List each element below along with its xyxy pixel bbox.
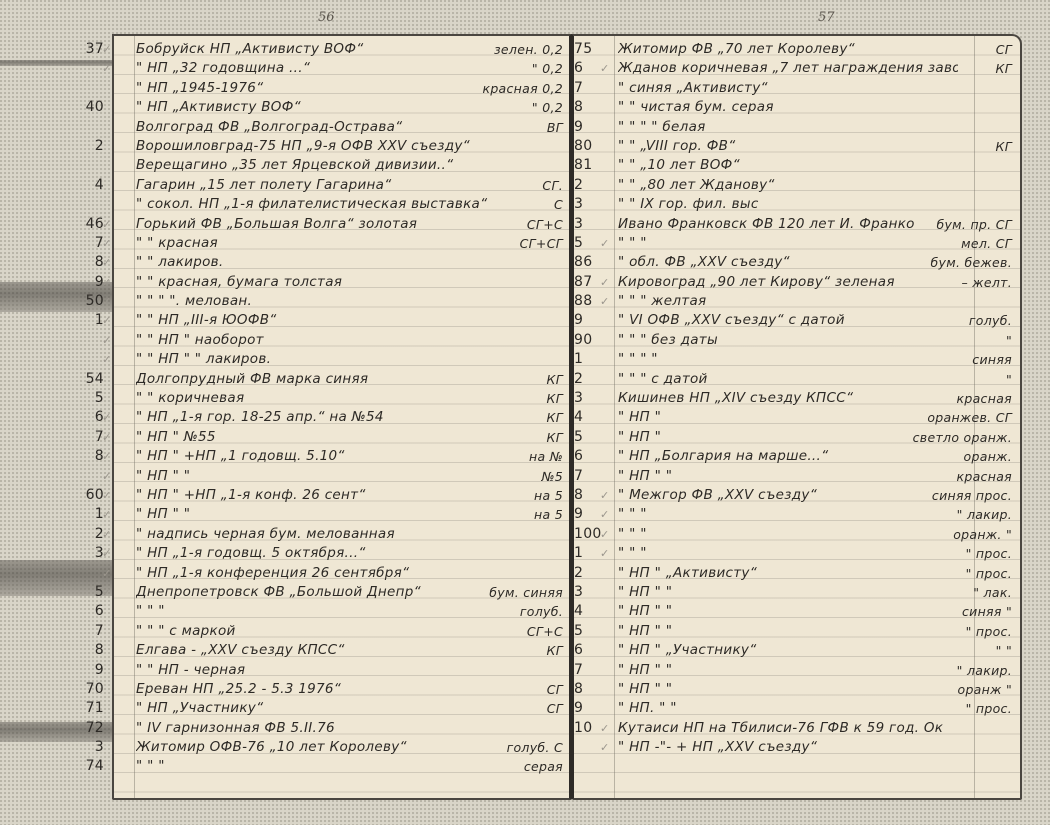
catalog-entry-row: 6✓" НП „1-я гор. 18-25 апр.“ на №54КГ <box>114 408 569 427</box>
left-page-number: 56 <box>318 10 335 25</box>
catalog-entry-row: 3Ивано Франковск ФВ 120 лет И. Франкобум… <box>574 215 1020 234</box>
entry-note: светло оранж. <box>913 428 1012 447</box>
check-mark-icon: ✓ <box>102 408 112 427</box>
catalog-entry-row: 4" НП "оранжев. СГ <box>574 408 1020 427</box>
entry-description: " " чистая бум. серая <box>618 98 958 117</box>
entry-description: " " IX гор. фил. выс <box>618 195 958 214</box>
check-mark-icon: ✓ <box>102 486 112 505</box>
entry-description: " обл. ФВ „XXV съезду“ <box>618 253 958 272</box>
catalog-entry-row: 3" НП " "" лак. <box>574 583 1020 602</box>
entry-number: 72 <box>70 719 104 738</box>
entry-description: Житомир ФВ „70 лет Королеву“ <box>618 40 958 59</box>
left-page-entries: 37✓Бобруйск НП „Активисту ВОФ“зелен. 0,2… <box>114 40 569 777</box>
check-mark-icon: ✓ <box>102 253 112 272</box>
check-mark-icon: ✓ <box>102 428 112 447</box>
entry-note: КГ <box>996 137 1012 156</box>
entry-number: 1 <box>574 350 604 369</box>
entry-description: " НП " <box>618 428 958 447</box>
entry-note: на № <box>529 447 563 466</box>
catalog-entry-row: 9" " НП - черная <box>114 661 569 680</box>
check-mark-icon: ✓ <box>600 525 610 544</box>
entry-number: 1 <box>70 505 104 524</box>
entry-number: 3 <box>70 738 104 757</box>
right-page-number: 57 <box>818 10 835 25</box>
right-page-entries: 75Житомир ФВ „70 лет Королеву“СГ6✓Жданов… <box>574 40 1020 757</box>
catalog-entry-row: 75Житомир ФВ „70 лет Королеву“СГ <box>574 40 1020 59</box>
entry-description: " НП „1-я гор. 18-25 апр.“ на №54 <box>136 408 499 427</box>
check-mark-icon: ✓ <box>102 292 112 311</box>
entry-note: С <box>554 195 563 214</box>
entry-note: СГ+С <box>527 622 563 641</box>
catalog-entry-row: 7✓" " краснаяСГ+СГ <box>114 234 569 253</box>
catalog-entry-row: 80" " „VIII гор. ФВ“КГ <box>574 137 1020 156</box>
catalog-entry-row: 8✓" НП " +НП „1 годовщ. 5.10“на № <box>114 447 569 466</box>
entry-description: Гагарин „15 лет полету Гагарина“ <box>136 176 499 195</box>
entry-description: Верещагино „35 лет Ярцевской дивизии..“ <box>136 156 499 175</box>
entry-description: " НП " " <box>618 622 958 641</box>
catalog-entry-row: 74" " "серая <box>114 757 569 776</box>
entry-note: оранж " <box>958 680 1013 699</box>
entry-note: СГ+СГ <box>520 234 563 253</box>
entry-number: 8 <box>574 680 604 699</box>
entry-description: Волгоград ФВ „Волгоград-Острава“ <box>136 118 499 137</box>
catalog-entry-row: 81" " „10 лет ВОФ“ <box>574 156 1020 175</box>
entry-number: 7 <box>574 467 604 486</box>
entry-description: " НП. " " <box>618 699 958 718</box>
catalog-entry-row: 7" синяя „Активисту“ <box>574 79 1020 98</box>
entry-number: 8 <box>70 641 104 660</box>
entry-description: " " " желтая <box>618 292 958 311</box>
entry-description: " надпись черная бум. мелованная <box>136 525 499 544</box>
check-mark-icon: ✓ <box>102 544 112 563</box>
entry-note: КГ <box>547 370 563 389</box>
entry-number: 54 <box>70 370 104 389</box>
check-mark-icon: ✓ <box>600 234 610 253</box>
entry-description: Кировоград „90 лет Кирову“ зеленая <box>618 273 958 292</box>
entry-number: 4 <box>574 602 604 621</box>
entry-number: 6 <box>574 447 604 466</box>
entry-description: " " " ". мелован. <box>136 292 499 311</box>
catalog-entry-row: 6" НП „Болгария на марше...“оранж. <box>574 447 1020 466</box>
entry-note: " 0,2 <box>532 98 563 117</box>
entry-note: СГ <box>547 699 563 718</box>
entry-number: 86 <box>574 253 604 272</box>
catalog-entry-row: 1✓" " НП „III-я ЮОФВ“ <box>114 311 569 330</box>
catalog-entry-row: 5✓Днепропетровск ФВ „Большой Днепр“бум. … <box>114 583 569 602</box>
entry-number: 46 <box>70 215 104 234</box>
entry-description: Жданов коричневая „7 лет награждения зав… <box>618 59 958 78</box>
entry-note: красная 0,2 <box>482 79 563 98</box>
entry-description: " НП " №55 <box>136 428 499 447</box>
entry-description: " " " без даты <box>618 331 958 350</box>
catalog-entry-row: 50✓" " " ". мелован. <box>114 292 569 311</box>
entry-note: синяя <box>972 350 1012 369</box>
entry-note: " прос. <box>966 544 1012 563</box>
entry-number: 60 <box>70 486 104 505</box>
entry-number: 50 <box>70 292 104 311</box>
entry-number: 71 <box>70 699 104 718</box>
entry-note: оранж. " <box>953 525 1012 544</box>
entry-note: на 5 <box>534 505 563 524</box>
entry-note: голуб. С <box>507 738 563 757</box>
entry-description: " " " " <box>618 350 958 369</box>
entry-description: " НП " „Активисту“ <box>618 564 958 583</box>
catalog-entry-row: 3Житомир ОФВ-76 „10 лет Королеву“голуб. … <box>114 738 569 757</box>
catalog-entry-row: Волгоград ФВ „Волгоград-Острава“ВГ <box>114 118 569 137</box>
check-mark-icon: ✓ <box>102 234 112 253</box>
catalog-entry-row: 2Ворошиловград-75 НП „9-я ОФВ XXV съезду… <box>114 137 569 156</box>
entry-number: 9 <box>70 661 104 680</box>
entry-note: СГ+С <box>527 215 563 234</box>
entry-note: КГ <box>547 389 563 408</box>
entry-number: 8 <box>70 447 104 466</box>
entry-note: оранжев. СГ <box>927 408 1012 427</box>
entry-note: СГ <box>996 40 1012 59</box>
entry-number: 2 <box>70 137 104 156</box>
check-mark-icon: ✓ <box>102 273 112 292</box>
entry-number: 3 <box>574 389 604 408</box>
catalog-entry-row: ✓" НП „1-я конференция 26 сентября“ <box>114 564 569 583</box>
entry-note: красная <box>957 389 1012 408</box>
entry-note: " " <box>996 641 1012 660</box>
entry-description: Кишинев НП „XIV съезду КПСС“ <box>618 389 958 408</box>
entry-number: 40 <box>70 98 104 117</box>
entry-number: 9 <box>574 311 604 330</box>
entry-number: 5 <box>574 622 604 641</box>
entry-description: " " " <box>136 757 499 776</box>
entry-description: " Межгор ФВ „XXV съезду“ <box>618 486 958 505</box>
entry-number: 2 <box>574 564 604 583</box>
catalog-entry-row: 8✓" Межгор ФВ „XXV съезду“синяя прос. <box>574 486 1020 505</box>
entry-description: " " „VIII гор. ФВ“ <box>618 137 958 156</box>
entry-number: 9 <box>70 273 104 292</box>
check-mark-icon: ✓ <box>102 525 112 544</box>
entry-description: " " " <box>618 544 958 563</box>
photo-shadow-band <box>0 60 112 66</box>
entry-number: 7 <box>70 622 104 641</box>
check-mark-icon: ✓ <box>600 719 610 738</box>
catalog-entry-row: 3" " IX гор. фил. выс <box>574 195 1020 214</box>
entry-note: " прос. <box>966 699 1012 718</box>
catalog-entry-row: 71" НП „Участнику“СГ <box>114 699 569 718</box>
entry-description: " " " <box>136 602 499 621</box>
entry-note: голуб. <box>969 311 1012 330</box>
catalog-entry-row: " сокол. НП „1-я филателистическая выста… <box>114 195 569 214</box>
entry-description: " " „10 лет ВОФ“ <box>618 156 958 175</box>
entry-description: " НП " +НП „1-я конф. 26 сент“ <box>136 486 499 505</box>
entry-number: 4 <box>70 176 104 195</box>
entry-description: " НП " " <box>618 680 958 699</box>
catalog-entry-row: ✓" НП -"- + НП „XXV съезду“ <box>574 738 1020 757</box>
entry-description: " НП " " <box>136 467 499 486</box>
catalog-entry-row: 7" НП " "" лакир. <box>574 661 1020 680</box>
catalog-entry-row: 46✓Горький ФВ „Большая Волга“ золотаяСГ+… <box>114 215 569 234</box>
catalog-entry-row: 6" " "голуб. <box>114 602 569 621</box>
catalog-entry-row: 2" НП " „Активисту“" прос. <box>574 564 1020 583</box>
catalog-entry-row: 6✓Жданов коричневая „7 лет награждения з… <box>574 59 1020 78</box>
entry-description: " " " с датой <box>618 370 958 389</box>
entry-description: " " " с маркой <box>136 622 499 641</box>
entry-number: 3 <box>70 544 104 563</box>
entry-description: " НП „1-я конференция 26 сентября“ <box>136 564 499 583</box>
entry-description: Кутаиси НП на Тбилиси-76 ГФВ к 59 год. О… <box>618 719 958 738</box>
entry-note: " прос. <box>966 622 1012 641</box>
catalog-entry-row: 9" VI ОФВ „XXV съезду“ с датойголуб. <box>574 311 1020 330</box>
check-mark-icon: ✓ <box>102 505 112 524</box>
catalog-entry-row: 7" НП " "красная <box>574 467 1020 486</box>
catalog-entry-row: 2" " „80 лет Жданову“ <box>574 176 1020 195</box>
catalog-entry-row: 2✓" надпись черная бум. мелованная <box>114 525 569 544</box>
catalog-entry-row: 9✓" " красная, бумага толстая <box>114 273 569 292</box>
entry-description: " " красная <box>136 234 499 253</box>
entry-description: " " НП „III-я ЮОФВ“ <box>136 311 499 330</box>
catalog-entry-row: 7✓" НП " №55КГ <box>114 428 569 447</box>
entry-description: " НП " +НП „1 годовщ. 5.10“ <box>136 447 499 466</box>
entry-number: 3 <box>574 195 604 214</box>
catalog-entry-row: 6" НП " „Участнику“" " <box>574 641 1020 660</box>
catalog-entry-row: 72" IV гарнизонная ФВ 5.II.76 <box>114 719 569 738</box>
entry-description: " НП „1-я годовщ. 5 октября...“ <box>136 544 499 563</box>
entry-note: красная <box>957 467 1012 486</box>
entry-number: 4 <box>574 408 604 427</box>
entry-number: 6 <box>70 602 104 621</box>
catalog-entry-row: 87✓Кировоград „90 лет Кирову“ зеленая– ж… <box>574 273 1020 292</box>
entry-note: голуб. <box>520 602 563 621</box>
catalog-entry-row: 7" " " с маркойСГ+С <box>114 622 569 641</box>
entry-description: " " НП " наоборот <box>136 331 499 350</box>
entry-number: 70 <box>70 680 104 699</box>
entry-number: 90 <box>574 331 604 350</box>
catalog-entry-row: ✓" " НП " " лакиров. <box>114 350 569 369</box>
entry-description: " НП „1945-1976“ <box>136 79 499 98</box>
entry-note: " лак. <box>973 583 1012 602</box>
entry-description: Горький ФВ „Большая Волга“ золотая <box>136 215 499 234</box>
check-mark-icon: ✓ <box>102 583 112 602</box>
catalog-entry-row: ✓" " НП " наоборот <box>114 331 569 350</box>
entry-number: 7 <box>70 234 104 253</box>
entry-number: 5 <box>70 389 104 408</box>
catalog-entry-row: 60✓" НП " +НП „1-я конф. 26 сент“на 5 <box>114 486 569 505</box>
entry-description: " НП „Активисту ВОФ“ <box>136 98 499 117</box>
catalog-entry-row: 2" " " с датой" <box>574 370 1020 389</box>
entry-description: " VI ОФВ „XXV съезду“ с датой <box>618 311 958 330</box>
entry-note: на 5 <box>534 486 563 505</box>
catalog-entry-row: " НП „1945-1976“красная 0,2 <box>114 79 569 98</box>
catalog-entry-row: 70Ереван НП „25.2 - 5.3 1976“СГ <box>114 680 569 699</box>
check-mark-icon: ✓ <box>600 486 610 505</box>
entry-note: КГ <box>547 641 563 660</box>
entry-number: 2 <box>574 176 604 195</box>
entry-description: " " " " белая <box>618 118 958 137</box>
entry-number: 80 <box>574 137 604 156</box>
catalog-entry-row: 9" " " " белая <box>574 118 1020 137</box>
check-mark-icon: ✓ <box>102 564 112 583</box>
catalog-entry-row: 88✓" " " желтая <box>574 292 1020 311</box>
entry-number: 8 <box>574 98 604 117</box>
catalog-entry-row: 1✓" " "" прос. <box>574 544 1020 563</box>
catalog-entry-row: 8" НП " "оранж " <box>574 680 1020 699</box>
catalog-entry-row: 8Елгава - „XXV съезду КПСС“КГ <box>114 641 569 660</box>
entry-note: бум. пр. СГ <box>936 215 1012 234</box>
entry-number: 7 <box>70 428 104 447</box>
catalog-entry-row: 8✓" " лакиров. <box>114 253 569 272</box>
entry-description: Бобруйск НП „Активисту ВОФ“ <box>136 40 499 59</box>
catalog-entry-row: 5✓" " "мел. СГ <box>574 234 1020 253</box>
entry-description: " " коричневая <box>136 389 499 408</box>
catalog-entry-row: 9" НП. " "" прос. <box>574 699 1020 718</box>
entry-note: оранж. <box>964 447 1012 466</box>
entry-note: СГ <box>547 680 563 699</box>
entry-note: №5 <box>541 467 563 486</box>
entry-note: синяя " <box>962 602 1012 621</box>
entry-note: КГ <box>996 59 1012 78</box>
entry-description: Елгава - „XXV съезду КПСС“ <box>136 641 499 660</box>
entry-description: " " " <box>618 234 958 253</box>
entry-number: 9 <box>574 118 604 137</box>
catalog-entry-row: 1✓" НП " "на 5 <box>114 505 569 524</box>
entry-note: КГ <box>547 428 563 447</box>
catalog-entry-row: 1" " " "синяя <box>574 350 1020 369</box>
catalog-entry-row: 10✓Кутаиси НП на Тбилиси-76 ГФВ к 59 год… <box>574 719 1020 738</box>
catalog-entry-row: 3Кишинев НП „XIV съезду КПСС“красная <box>574 389 1020 408</box>
notebook-left-page: 37✓Бобруйск НП „Активисту ВОФ“зелен. 0,2… <box>112 34 572 800</box>
entry-description: " НП " " <box>618 661 958 680</box>
entry-description: " " лакиров. <box>136 253 499 272</box>
check-mark-icon: ✓ <box>102 331 112 350</box>
check-mark-icon: ✓ <box>102 59 112 78</box>
entry-description: Ереван НП „25.2 - 5.3 1976“ <box>136 680 499 699</box>
check-mark-icon: ✓ <box>600 59 610 78</box>
catalog-entry-row: 5" " коричневаяКГ <box>114 389 569 408</box>
entry-number: 75 <box>574 40 604 59</box>
check-mark-icon: ✓ <box>102 311 112 330</box>
entry-note: " лакир. <box>957 505 1012 524</box>
catalog-entry-row: 9✓" " "" лакир. <box>574 505 1020 524</box>
entry-note: – желт. <box>961 273 1012 292</box>
entry-description: " " красная, бумага толстая <box>136 273 499 292</box>
entry-description: " " НП " " лакиров. <box>136 350 499 369</box>
catalog-entry-row: 37✓Бобруйск НП „Активисту ВОФ“зелен. 0,2 <box>114 40 569 59</box>
check-mark-icon: ✓ <box>600 273 610 292</box>
entry-description: " сокол. НП „1-я филателистическая выста… <box>136 195 499 214</box>
entry-note: мел. СГ <box>961 234 1012 253</box>
entry-description: Днепропетровск ФВ „Большой Днепр“ <box>136 583 499 602</box>
entry-note: синяя прос. <box>932 486 1012 505</box>
catalog-entry-row: ✓" НП " "№5 <box>114 467 569 486</box>
catalog-entry-row: 8" " чистая бум. серая <box>574 98 1020 117</box>
entry-description: " НП „32 годовщина ...“ <box>136 59 499 78</box>
entry-number: 3 <box>574 215 604 234</box>
catalog-entry-row: 54Долгопрудный ФВ марка синяяКГ <box>114 370 569 389</box>
entry-note: " прос. <box>966 564 1012 583</box>
entry-note: серая <box>524 757 563 776</box>
notebook-right-page: 75Житомир ФВ „70 лет Королеву“СГ6✓Жданов… <box>572 34 1022 800</box>
entry-description: " НП " <box>618 408 958 427</box>
catalog-entry-row: ✓" НП „32 годовщина ...“" 0,2 <box>114 59 569 78</box>
catalog-entry-row: 90" " " без даты" <box>574 331 1020 350</box>
entry-number: 5 <box>70 583 104 602</box>
entry-note: " 0,2 <box>532 59 563 78</box>
entry-note: " лакир. <box>957 661 1012 680</box>
entry-note: СГ. <box>542 176 563 195</box>
entry-description: Ворошиловград-75 НП „9-я ОФВ XXV съезду“ <box>136 137 499 156</box>
entry-note: ВГ <box>547 118 563 137</box>
entry-description: " " " <box>618 525 958 544</box>
entry-number: 7 <box>574 79 604 98</box>
entry-number: 3 <box>574 583 604 602</box>
entry-description: " НП „Участнику“ <box>136 699 499 718</box>
catalog-entry-row: 100✓" " "оранж. " <box>574 525 1020 544</box>
entry-number: 74 <box>70 757 104 776</box>
entry-note: КГ <box>547 408 563 427</box>
entry-note: зелен. 0,2 <box>494 40 563 59</box>
entry-number: 7 <box>574 661 604 680</box>
catalog-entry-row: 4" НП " "синяя " <box>574 602 1020 621</box>
catalog-entry-row: 40" НП „Активисту ВОФ“" 0,2 <box>114 98 569 117</box>
entry-description: " НП „Болгария на марше...“ <box>618 447 958 466</box>
entry-description: " НП -"- + НП „XXV съезду“ <box>618 738 958 757</box>
check-mark-icon: ✓ <box>102 215 112 234</box>
entry-description: " НП " " <box>618 602 958 621</box>
entry-number: 2 <box>574 370 604 389</box>
entry-description: " синяя „Активисту“ <box>618 79 958 98</box>
entry-note: бум. синяя <box>489 583 563 602</box>
entry-number: 6 <box>574 641 604 660</box>
check-mark-icon: ✓ <box>600 292 610 311</box>
entry-note: " <box>1006 331 1012 350</box>
check-mark-icon: ✓ <box>600 505 610 524</box>
entry-number: 9 <box>574 699 604 718</box>
catalog-entry-row: 5" НП " "" прос. <box>574 622 1020 641</box>
entry-description: " НП " „Участнику“ <box>618 641 958 660</box>
check-mark-icon: ✓ <box>600 738 610 757</box>
entry-number: 2 <box>70 525 104 544</box>
catalog-entry-row: 86" обл. ФВ „XXV съезду“бум. бежев. <box>574 253 1020 272</box>
catalog-entry-row: 3✓" НП „1-я годовщ. 5 октября...“ <box>114 544 569 563</box>
entry-description: " НП " " <box>136 505 499 524</box>
entry-number: 1 <box>70 311 104 330</box>
entry-description: " " НП - черная <box>136 661 499 680</box>
entry-note: " <box>1006 370 1012 389</box>
entry-description: " IV гарнизонная ФВ 5.II.76 <box>136 719 499 738</box>
entry-description: Житомир ОФВ-76 „10 лет Королеву“ <box>136 738 499 757</box>
entry-number: 5 <box>574 428 604 447</box>
check-mark-icon: ✓ <box>102 447 112 466</box>
catalog-entry-row: Верещагино „35 лет Ярцевской дивизии..“ <box>114 156 569 175</box>
entry-description: " НП " " <box>618 583 958 602</box>
catalog-entry-row: 4Гагарин „15 лет полету Гагарина“СГ. <box>114 176 569 195</box>
entry-note: бум. бежев. <box>931 253 1012 272</box>
entry-description: " " " <box>618 505 958 524</box>
entry-number: 81 <box>574 156 604 175</box>
entry-number: 6 <box>70 408 104 427</box>
entry-description: " " „80 лет Жданову“ <box>618 176 958 195</box>
entry-description: Долгопрудный ФВ марка синяя <box>136 370 499 389</box>
check-mark-icon: ✓ <box>102 350 112 369</box>
entry-number: 8 <box>70 253 104 272</box>
check-mark-icon: ✓ <box>102 40 112 59</box>
entry-number: 37 <box>70 40 104 59</box>
check-mark-icon: ✓ <box>102 467 112 486</box>
entry-description: Ивано Франковск ФВ 120 лет И. Франко <box>618 215 958 234</box>
catalog-entry-row: 5" НП "светло оранж. <box>574 428 1020 447</box>
check-mark-icon: ✓ <box>600 544 610 563</box>
entry-description: " НП " " <box>618 467 958 486</box>
